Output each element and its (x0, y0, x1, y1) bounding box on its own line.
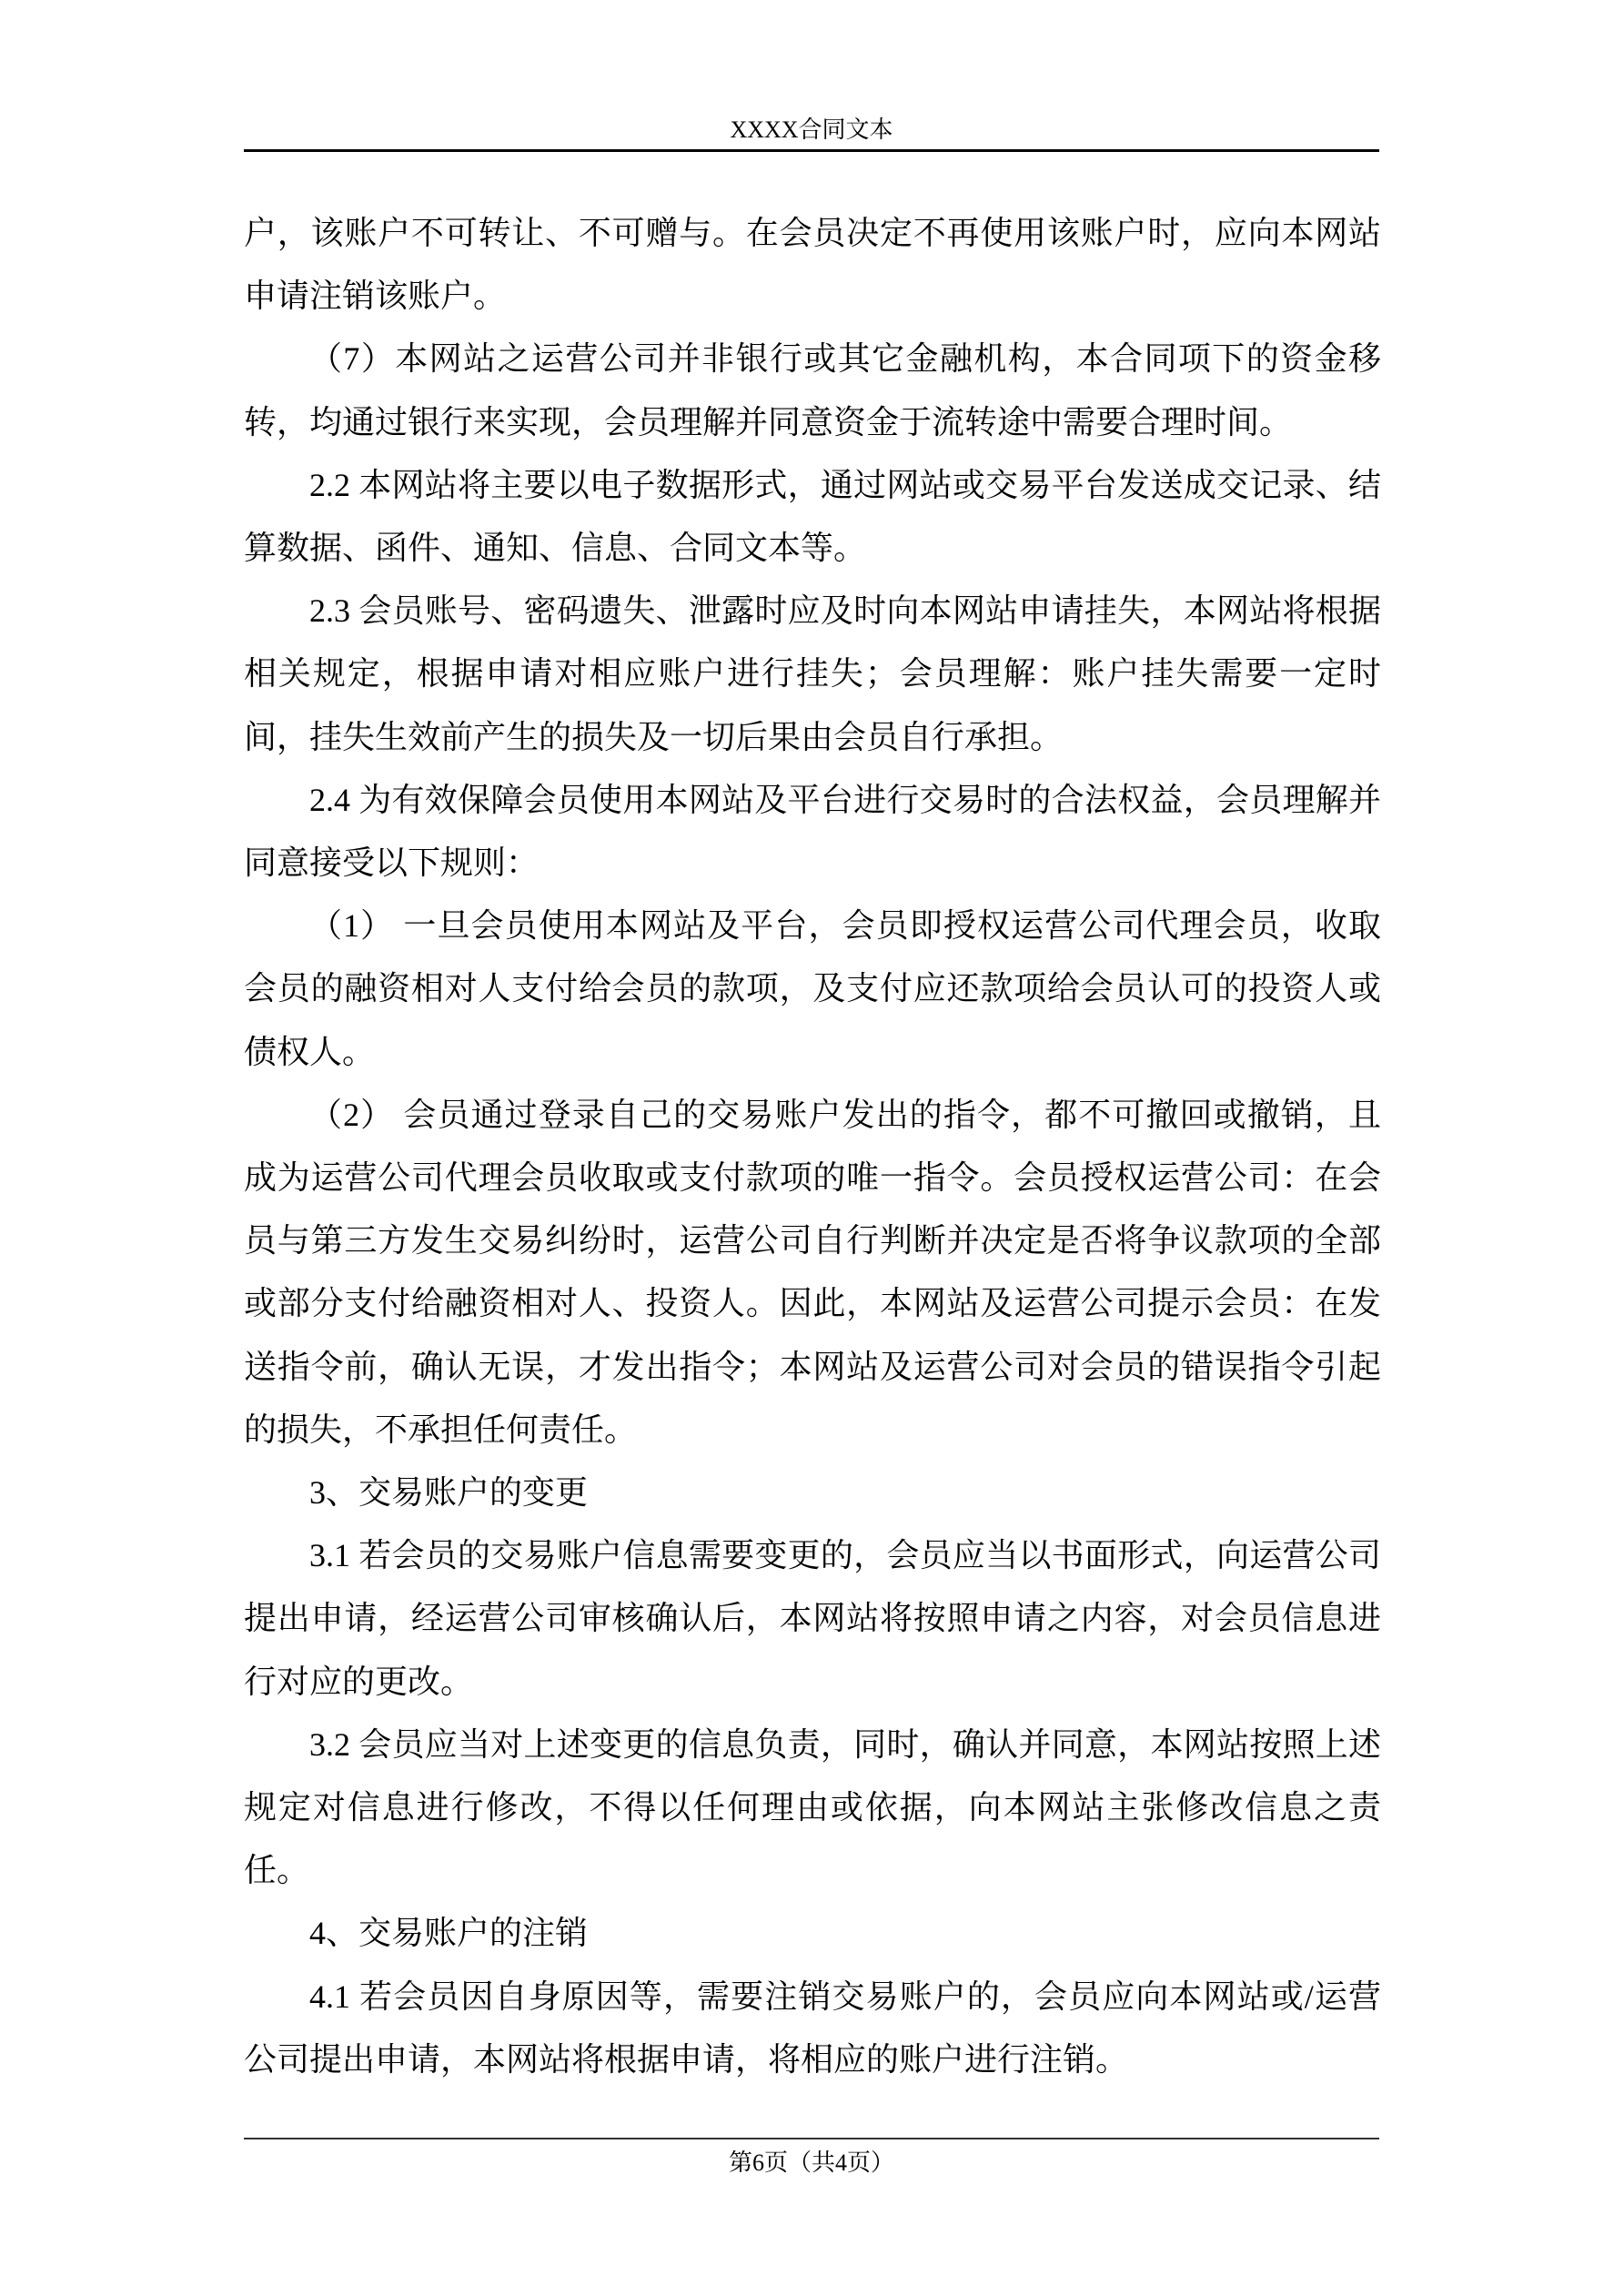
document-body: 户，该账户不可转让、不可赠与。在会员决定不再使用该账户时，应向本网站申请注销该账… (244, 202, 1381, 2091)
section-heading-3: 3、交易账户的变更 (244, 1462, 1381, 1524)
paragraph-2-4-item-1: （1） 一旦会员使用本网站及平台，会员即授权运营公司代理会员，收取会员的融资相对… (244, 895, 1381, 1084)
paragraph-3-2: 3.2 会员应当对上述变更的信息负责，同时，确认并同意，本网站按照上述规定对信息… (244, 1714, 1381, 1903)
section-heading-4: 4、交易账户的注销 (244, 1902, 1381, 1965)
paragraph-clause-7: （7）本网站之运营公司并非银行或其它金融机构，本合同项下的资金移转，均通过银行来… (244, 328, 1381, 453)
paragraph-continuation: 户，该账户不可转让、不可赠与。在会员决定不再使用该账户时，应向本网站申请注销该账… (244, 202, 1381, 328)
header-title: XXXX合同文本 (244, 116, 1379, 144)
footer-divider (244, 2138, 1379, 2139)
paragraph-4-1: 4.1 若会员因自身原因等，需要注销交易账户的，会员应向本网站或/运营公司提出申… (244, 1966, 1381, 2091)
header-divider (244, 149, 1379, 152)
paragraph-2-3: 2.3 会员账号、密码遗失、泄露时应及时向本网站申请挂失，本网站将根据相关规定，… (244, 580, 1381, 769)
paragraph-3-1: 3.1 若会员的交易账户信息需要变更的，会员应当以书面形式，向运营公司提出申请，… (244, 1524, 1381, 1714)
paragraph-2-4: 2.4 为有效保障会员使用本网站及平台进行交易时的合法权益，会员理解并同意接受以… (244, 769, 1381, 895)
page-number: 第6页（共4页） (244, 2149, 1379, 2177)
document-page: XXXX合同文本 户，该账户不可转让、不可赠与。在会员决定不再使用该账户时，应向… (0, 0, 1624, 2296)
paragraph-2-4-item-2: （2） 会员通过登录自己的交易账户发出的指令，都不可撤回或撤销，且成为运营公司代… (244, 1084, 1381, 1462)
paragraph-2-2: 2.2 本网站将主要以电子数据形式，通过网站或交易平台发送成交记录、结算数据、函… (244, 454, 1381, 580)
